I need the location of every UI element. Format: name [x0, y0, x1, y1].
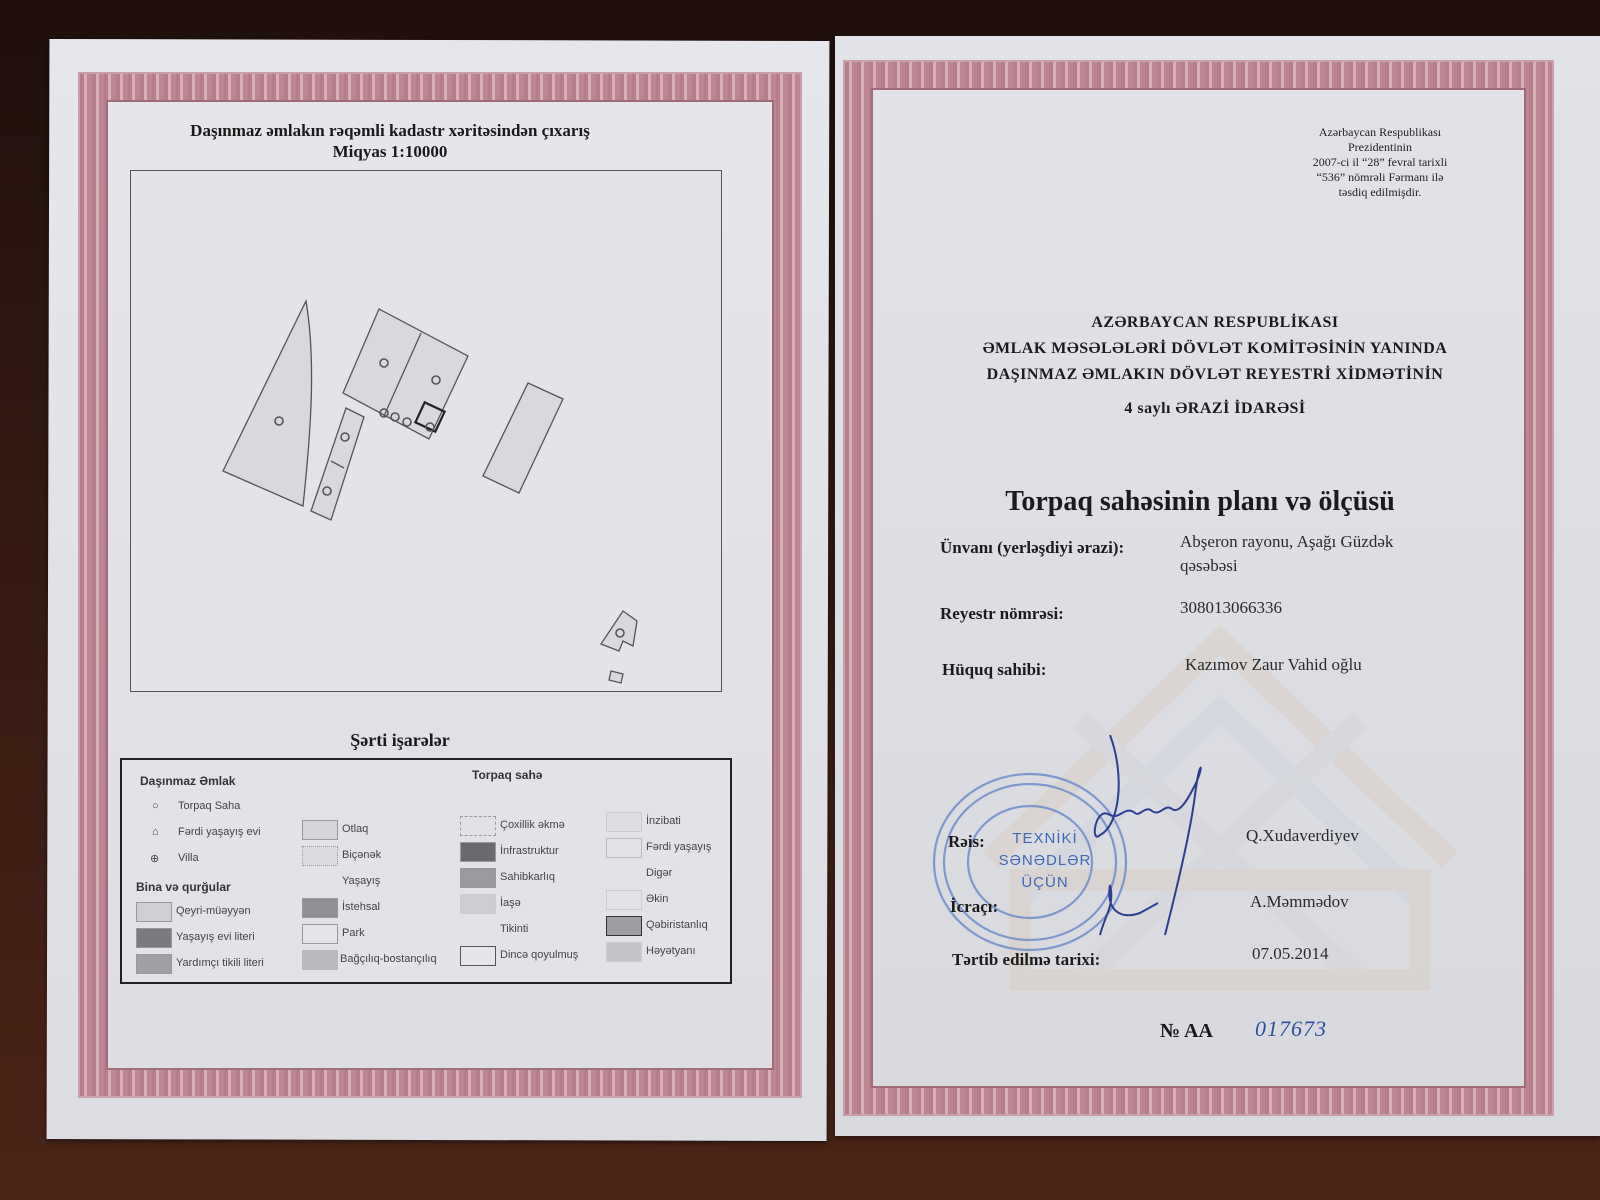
legend-heading-real-estate: Daşınmaz Əmlak [140, 774, 235, 788]
legend-item: Park [342, 927, 365, 939]
org-line: AZƏRBAYCAN RESPUBLİKASI [905, 310, 1525, 336]
org-office: 4 saylı ƏRAZİ İDARƏSİ [905, 396, 1525, 422]
decree-line: təsdiq edilmişdir. [1270, 185, 1490, 200]
chief-label: Rəis: [948, 832, 985, 852]
house-icon: ⌂ [152, 826, 159, 838]
registry-label: Reyestr nömrəsi: [940, 604, 1064, 624]
legend-swatch [606, 838, 642, 858]
org-line: ƏMLAK MƏSƏLƏLƏRİ DÖVLƏT KOMİTƏSİNİN YANI… [905, 336, 1525, 362]
legend-item: Fərdi yaşayış evi [178, 826, 261, 838]
legend-item: İstehsal [342, 901, 380, 913]
legend: Daşınmaz Əmlak ○ Torpaq Saha ⌂ Fərdi yaş… [120, 758, 732, 984]
chief-name: Q.Xudaverdiyev [1246, 826, 1359, 846]
legend-swatch [460, 842, 496, 862]
legend-item: Fərdi yaşayış [646, 841, 711, 853]
legend-item: İnfrastruktur [500, 845, 559, 857]
owner-name: Kazımov Zaur Vahid oğlu [1185, 655, 1362, 675]
legend-swatch [302, 950, 338, 970]
legend-swatch [460, 816, 496, 836]
legend-item: Əkin [646, 893, 668, 905]
map-title: Daşınmaz əmlakın rəqəmli kadastr xəritəs… [130, 120, 650, 141]
address-value-line2: qəsəbəsi [1180, 556, 1238, 576]
legend-item: Sahibkarlıq [500, 871, 555, 883]
legend-item: Bağçılıq-bostançılıq [340, 953, 437, 965]
legend-swatch [302, 898, 338, 918]
legend-swatch [302, 924, 338, 944]
legend-swatch [460, 868, 496, 888]
legend-title: Şərti işarələr [300, 730, 500, 751]
decree-line: Prezidentinin [1270, 140, 1490, 155]
legend-item: Qəbiristanlıq [646, 919, 708, 931]
map-scale: Miqyas 1:10000 [130, 141, 650, 162]
document-title: Torpaq sahəsinin planı və ölçüsü [940, 486, 1460, 518]
legend-heading-buildings: Bina və qurğular [136, 880, 231, 894]
legend-swatch [606, 942, 642, 962]
legend-item: Otlaq [342, 823, 368, 835]
signature-icon [1080, 735, 1230, 965]
legend-swatch [460, 946, 496, 966]
legend-item: Çoxillik əkmə [500, 819, 565, 831]
villa-icon: ⊕ [150, 852, 159, 865]
legend-item: Biçənək [342, 849, 381, 861]
legend-item: İnzibati [646, 815, 681, 827]
map-title-block: Daşınmaz əmlakın rəqəmli kadastr xəritəs… [130, 120, 650, 162]
executor-label: İcraçı: [950, 897, 998, 917]
address-label: Ünvanı (yerləşdiyi ərazi): [940, 538, 1124, 558]
legend-item: Torpaq Saha [178, 800, 240, 812]
legend-item: Həyətyanı [646, 945, 696, 957]
legend-heading-land: Torpaq sahə [472, 768, 542, 782]
issue-date: 07.05.2014 [1252, 944, 1329, 964]
decree-line: 2007-ci il “28” fevral tarixli [1270, 155, 1490, 170]
parcel-map-icon [131, 171, 721, 691]
legend-swatch [606, 916, 642, 936]
legend-item: İaşə [500, 897, 521, 909]
legend-item: Yardımçı tikili literi [176, 957, 264, 969]
serial-number: 017673 [1255, 1016, 1327, 1042]
date-label: Tərtib edilmə tarixi: [952, 950, 1100, 970]
legend-swatch [136, 902, 172, 922]
land-parcel-icon: ○ [152, 800, 159, 812]
executor-name: A.Məmmədov [1250, 892, 1349, 912]
legend-item: Qeyri-müəyyən [176, 905, 251, 917]
serial-label: № AA [1160, 1020, 1213, 1043]
address-value-line1: Abşeron rayonu, Aşağı Güzdək [1180, 532, 1393, 552]
legend-swatch [302, 846, 338, 866]
legend-item: Yaşayış evi litеri [176, 931, 255, 943]
decree-note: Azərbaycan Respublikası Prezidentinin 20… [1270, 125, 1490, 200]
legend-item: Villa [178, 852, 199, 864]
decree-line: Azərbaycan Respublikası [1270, 125, 1490, 140]
issuing-organization: AZƏRBAYCAN RESPUBLİKASI ƏMLAK MƏSƏLƏLƏRİ… [905, 310, 1525, 422]
legend-item: Digər [646, 867, 672, 879]
registry-number: 308013066336 [1180, 598, 1282, 618]
org-line: DAŞINMAZ ƏMLAKIN DÖVLƏT REYESTRİ XİDMƏTİ… [905, 362, 1525, 388]
legend-item: Tikinti [500, 923, 528, 935]
legend-swatch [606, 812, 642, 832]
legend-swatch [460, 894, 496, 914]
owner-label: Hüquq sahibi: [942, 660, 1046, 680]
legend-swatch [136, 928, 172, 948]
legend-swatch [302, 820, 338, 840]
legend-item: Yaşayış [342, 875, 380, 887]
legend-item: Dincə qoyulmuş [500, 949, 578, 961]
legend-swatch [136, 954, 172, 974]
decree-line: “536” nömrəli Fərmanı ilə [1270, 170, 1490, 185]
legend-swatch [606, 890, 642, 910]
cadastral-map [130, 170, 722, 692]
